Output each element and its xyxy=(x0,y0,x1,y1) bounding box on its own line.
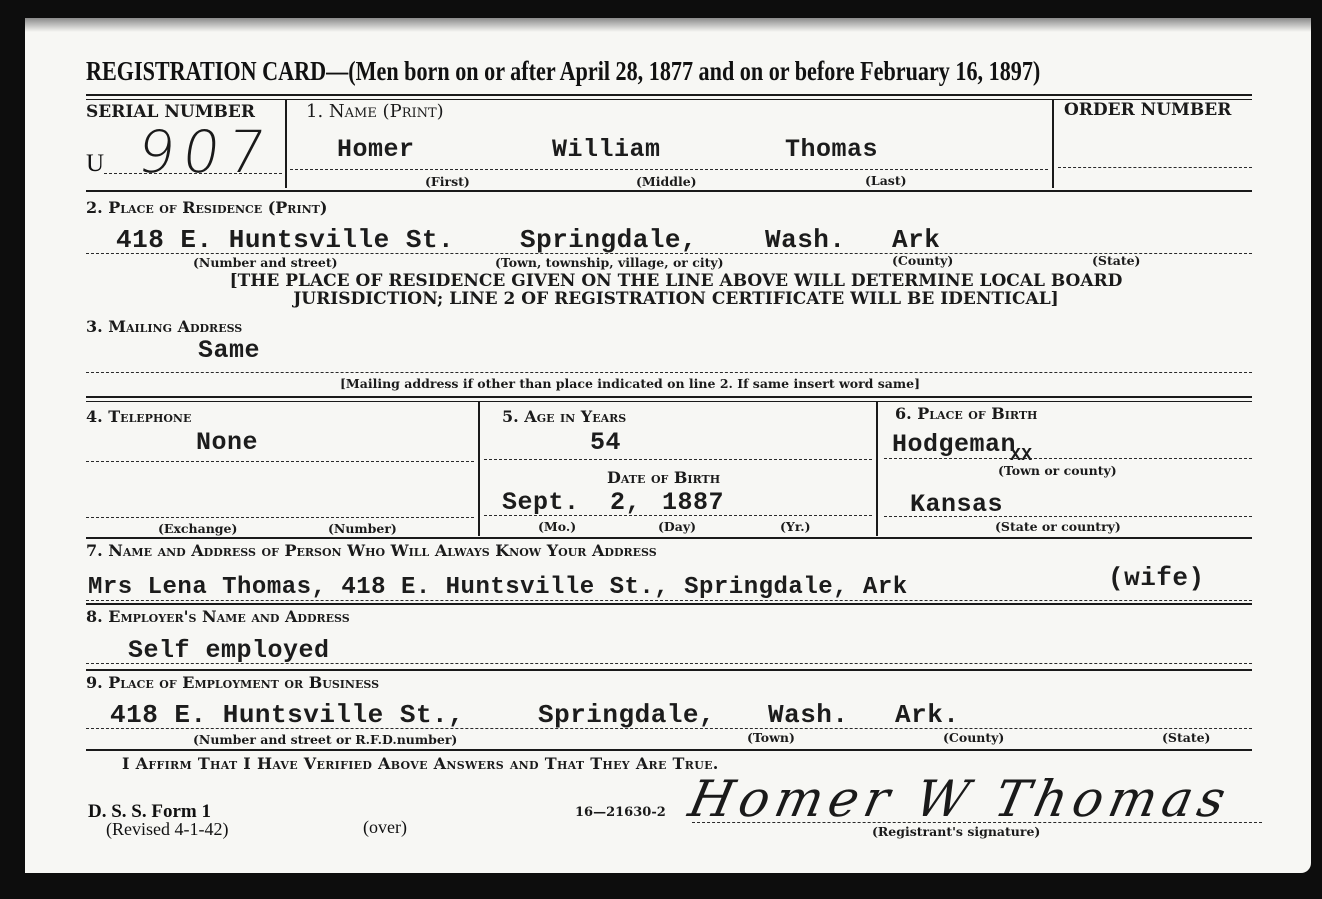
birthplace-state-caption: (State or country) xyxy=(995,519,1121,534)
mailing-address-value: Same xyxy=(198,336,260,365)
residence-town: Springdale, xyxy=(520,225,697,255)
card-top-shadow xyxy=(25,18,1311,32)
dob-month: Sept. xyxy=(502,488,580,517)
dob-day-caption: (Day) xyxy=(658,519,696,534)
employer-line xyxy=(86,663,1252,664)
contact-line xyxy=(86,600,1252,601)
employment-town-caption: (Town) xyxy=(747,730,795,745)
place-of-birth-label: 6. Place of Birth xyxy=(895,404,1037,423)
birthplace-strike-mark: XX xyxy=(1010,446,1033,466)
employer-label: 8. Employer's Name and Address xyxy=(86,607,350,626)
telephone-line-2 xyxy=(86,517,474,518)
jurisdiction-notice-line2: JURISDICTION; LINE 2 OF REGISTRATION CER… xyxy=(86,290,1266,309)
affirmation-text: I Affirm That I Have Verified Above Answ… xyxy=(122,754,719,773)
rule-row1 xyxy=(86,190,1252,192)
residence-town-caption: (Town, township, village, or city) xyxy=(495,255,724,270)
residence-state-caption: (State) xyxy=(1092,253,1140,268)
dob-year-caption: (Yr.) xyxy=(780,519,811,534)
age-line xyxy=(484,459,872,460)
dob-line xyxy=(484,515,872,516)
rule-row3-1 xyxy=(86,396,1252,398)
order-number-line xyxy=(1058,167,1252,168)
form-revised: (Revised 4-1-42) xyxy=(106,819,228,840)
employment-line xyxy=(86,728,1252,729)
rule-row9 xyxy=(86,749,1252,751)
order-number-label: ORDER NUMBER xyxy=(1064,100,1231,120)
birthplace-state-line xyxy=(884,516,1252,517)
serial-prefix: U xyxy=(86,150,104,178)
divider-age xyxy=(876,402,878,536)
divider-serial xyxy=(285,100,287,188)
employment-label: 9. Place of Employment or Business xyxy=(86,673,379,692)
residence-line xyxy=(86,253,1252,254)
residence-state: Ark xyxy=(892,225,940,255)
title-rule-1 xyxy=(86,94,1252,96)
residence-street-caption: (Number and street) xyxy=(193,255,338,270)
age-value: 54 xyxy=(590,428,621,457)
contact-label: 7. Name and Address of Person Who Will A… xyxy=(86,541,657,560)
residence-street: 418 E. Huntsville St. xyxy=(116,225,454,255)
telephone-label: 4. Telephone xyxy=(86,407,191,426)
name-first: Homer xyxy=(337,135,415,164)
telephone-value: None xyxy=(196,428,258,457)
employment-state: Ark. xyxy=(895,700,959,730)
name-label: 1. Name (Print) xyxy=(306,101,444,122)
rule-row7 xyxy=(86,603,1252,605)
name-last-caption: (Last) xyxy=(865,173,907,188)
divider-order xyxy=(1052,100,1054,188)
dob-year: 1887 xyxy=(662,488,724,517)
mailing-address-caption: [Mailing address if other than place ind… xyxy=(340,376,920,391)
employment-street-caption: (Number and street or R.F.D.number) xyxy=(193,732,457,747)
name-middle: William xyxy=(552,135,661,164)
employment-town: Springdale, xyxy=(538,700,715,730)
mailing-address-label: 3. Mailing Address xyxy=(86,317,242,336)
divider-telephone xyxy=(478,402,480,536)
registrant-signature: Homer W Thomas xyxy=(684,770,1237,828)
over-indicator: (over) xyxy=(363,817,407,838)
birthplace-town-line xyxy=(884,458,1252,459)
dob-month-caption: (Mo.) xyxy=(538,519,576,534)
print-code: 16—21630-2 xyxy=(575,805,666,820)
telephone-exchange-caption: (Exchange) xyxy=(158,521,237,536)
employment-county: Wash. xyxy=(768,700,849,730)
rule-row8 xyxy=(86,669,1252,671)
birthplace-town: Hodgeman xyxy=(892,430,1016,459)
rule-row3-2 xyxy=(86,401,1252,402)
rule-row4 xyxy=(86,537,1252,539)
employment-street: 418 E. Huntsville St., xyxy=(110,700,464,730)
birthplace-state: Kansas xyxy=(910,490,1003,519)
dob-day: 2, xyxy=(610,488,641,517)
contact-relation: (wife) xyxy=(1108,563,1205,593)
mailing-address-line xyxy=(86,372,1252,373)
signature-line xyxy=(692,822,1262,823)
residence-county-caption: (County) xyxy=(892,253,953,268)
residence-county: Wash. xyxy=(765,225,846,255)
card-title: REGISTRATION CARD—(Men born on or after … xyxy=(86,56,1040,87)
employment-state-caption: (State) xyxy=(1162,730,1210,745)
name-middle-caption: (Middle) xyxy=(636,174,697,189)
employment-county-caption: (County) xyxy=(943,730,1004,745)
residence-label: 2. Place of Residence (Print) xyxy=(86,198,327,217)
name-last: Thomas xyxy=(785,135,878,164)
telephone-line-1 xyxy=(86,461,474,462)
serial-number-value: 907 xyxy=(133,118,277,186)
signature-caption: (Registrant's signature) xyxy=(872,824,1040,839)
age-label: 5. Age in Years xyxy=(502,407,626,426)
name-line xyxy=(290,169,1048,170)
contact-value: Mrs Lena Thomas, 418 E. Huntsville St., … xyxy=(88,574,908,601)
employer-value: Self employed xyxy=(128,636,330,665)
telephone-number-caption: (Number) xyxy=(328,521,397,536)
date-of-birth-label: Date of Birth xyxy=(607,468,720,487)
name-first-caption: (First) xyxy=(425,174,470,189)
